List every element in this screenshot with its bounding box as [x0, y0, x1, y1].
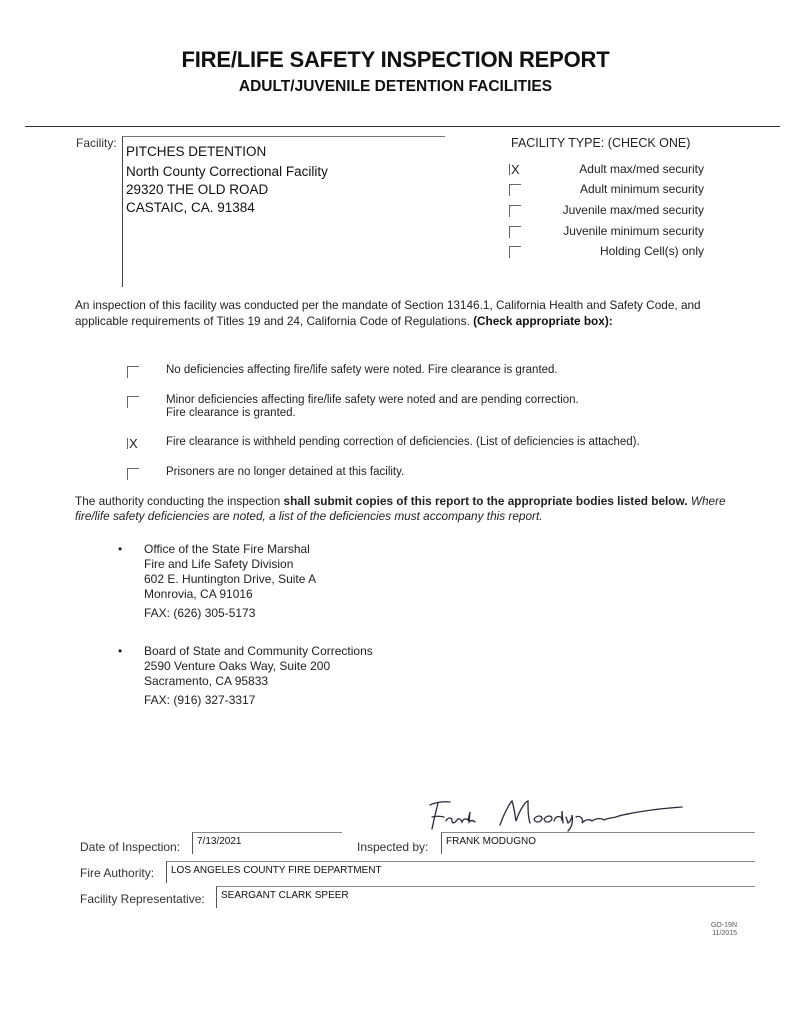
form-code-number: GO-19N [697, 922, 737, 930]
checkbox[interactable] [127, 366, 139, 378]
submission-instructions: The authority conducting the inspection … [75, 494, 735, 524]
report-title: FIRE/LIFE SAFETY INSPECTION REPORT [0, 47, 791, 73]
checkbox[interactable] [127, 468, 139, 480]
inspector-signature [420, 795, 690, 835]
clearance-option-text: No deficiencies affecting fire/life safe… [166, 364, 558, 377]
agency-division: Fire and Life Safety Division [144, 557, 316, 572]
facility-street: 29320 THE OLD ROAD [126, 182, 268, 197]
facility-type-heading: FACILITY TYPE: (CHECK ONE) [511, 136, 690, 150]
submission-text: The authority conducting the inspection [75, 494, 280, 508]
facility-subname: North County Correctional Facility [126, 164, 328, 179]
facility-label: Facility: [76, 136, 117, 150]
checkbox[interactable] [509, 226, 521, 238]
facility-name: PITCHES DETENTION [126, 144, 266, 159]
facility-type-label: Adult minimum security [580, 182, 704, 196]
facility-city: CASTAIC, CA. 91384 [126, 200, 255, 215]
checkbox[interactable] [509, 184, 521, 196]
facility-rep-field[interactable]: SEARGANT CLARK SPEER [216, 886, 755, 908]
checkbox[interactable] [509, 205, 521, 217]
report-subtitle: ADULT/JUVENILE DETENTION FACILITIES [0, 78, 791, 96]
check-x-icon: X [510, 164, 520, 175]
date-field[interactable]: 7/13/2021 [192, 832, 342, 854]
facility-type-option: Holding Cell(s) only [509, 244, 704, 262]
facility-type-option: Juvenile max/med security [509, 203, 704, 221]
inspected-by-field[interactable]: FRANK MODUGNO [441, 832, 755, 854]
facility-rep-label: Facility Representative: [80, 892, 205, 906]
facility-type-label: Holding Cell(s) only [600, 244, 704, 258]
bullet-icon: • [118, 644, 122, 659]
clearance-option-text: Prisoners are no longer detained at this… [166, 466, 404, 479]
submission-text-bold: shall submit copies of this report to th… [284, 494, 688, 508]
facility-type-label: Juvenile minimum security [563, 224, 704, 238]
facility-type-option: Juvenile minimum security [509, 224, 704, 242]
agency-street: 2590 Venture Oaks Way, Suite 200 [144, 659, 373, 674]
agency-name: Office of the State Fire Marshal [144, 542, 316, 557]
facility-type-label: Adult max/med security [579, 162, 704, 176]
form-code: GO-19N 11/2015 [697, 922, 737, 938]
agency-fax: FAX: (626) 305-5173 [144, 606, 316, 621]
form-code-date: 11/2015 [697, 930, 737, 938]
agency-fax: FAX: (916) 327-3317 [144, 693, 373, 708]
agency-name: Board of State and Community Corrections [144, 644, 373, 659]
agency-city: Sacramento, CA 95833 [144, 674, 373, 689]
checkbox[interactable] [127, 396, 139, 408]
facility-type-option: X Adult max/med security [509, 162, 704, 180]
header-divider [25, 126, 780, 127]
agency-city: Monrovia, CA 91016 [144, 587, 316, 602]
fire-authority-field[interactable]: LOS ANGELES COUNTY FIRE DEPARTMENT [166, 861, 755, 883]
bullet-icon: • [118, 542, 122, 557]
facility-type-option: Adult minimum security [509, 182, 704, 200]
clearance-option-text: Minor deficiencies affecting fire/life s… [166, 394, 579, 419]
fire-authority-label: Fire Authority: [80, 866, 154, 880]
check-x-icon: X [128, 438, 138, 449]
checkbox[interactable]: X [509, 164, 521, 175]
facility-type-label: Juvenile max/med security [563, 203, 704, 217]
clearance-option-line: Minor deficiencies affecting fire/life s… [166, 394, 579, 407]
clearance-option-text: Fire clearance is withheld pending corre… [166, 436, 640, 449]
clearance-option-line: Fire clearance is granted. [166, 407, 579, 420]
agency-street: 602 E. Huntington Drive, Suite A [144, 572, 316, 587]
checkbox[interactable] [509, 246, 521, 258]
inspection-statement-instruction: (Check appropriate box): [473, 314, 613, 328]
date-label: Date of Inspection: [80, 840, 180, 854]
inspected-by-label: Inspected by: [357, 840, 428, 854]
inspection-statement: An inspection of this facility was condu… [75, 298, 715, 329]
checkbox[interactable]: X [127, 438, 139, 449]
